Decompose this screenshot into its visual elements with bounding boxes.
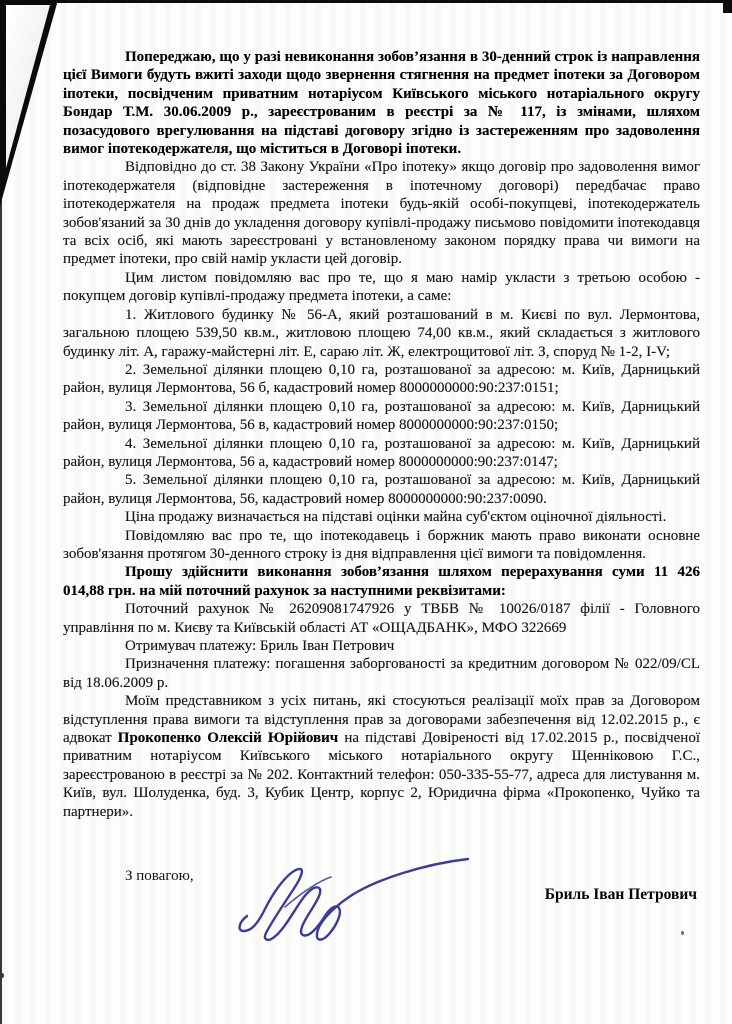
scan-edge-top [0, 0, 732, 3]
representative-name: Прокопенко Олексій Юрійович [118, 730, 338, 746]
paragraph-payment-request: Прошу здійснити виконання зобов’язання ш… [63, 563, 700, 600]
closing-salutation: З повагою, [125, 868, 194, 885]
paragraph-payee: Отримувач платежу: Бриль Іван Петрович [63, 637, 700, 655]
paragraph-price: Ціна продажу визначається на підставі оц… [63, 508, 700, 526]
signature-block: З повагою, Бриль Іван Петрович [0, 852, 732, 992]
page-fold-corner-icon [0, 0, 62, 208]
paragraph-warning: Попереджаю, що у разі невиконання зобов’… [63, 48, 700, 158]
paragraph-account-details: Поточний рахунок № 26209081747926 у ТВБВ… [63, 600, 700, 637]
document-body: Попереджаю, що у разі невиконання зобов’… [63, 48, 700, 821]
list-item-land-2: 3. Земельної ділянки площею 0,10 га, роз… [63, 398, 700, 435]
paragraph-intent: Цим листом повідомляю вас про те, що я м… [63, 269, 700, 306]
paragraph-law-reference: Відповідно до ст. 38 Закону України «Про… [63, 158, 700, 268]
scan-speck [1, 973, 4, 978]
list-item-land-1: 2. Земельної ділянки площею 0,10 га, роз… [63, 361, 700, 398]
paragraph-representative: Моїм представником з усіх питань, які ст… [63, 692, 700, 821]
paragraph-payment-purpose: Призначення платежу: погашення заборгова… [63, 655, 700, 692]
scan-speck [681, 931, 684, 935]
list-item-land-3: 4. Земельної ділянки площею 0,10 га, роз… [63, 435, 700, 472]
signer-name: Бриль Іван Петрович [545, 886, 697, 904]
scan-corner-mark [723, 0, 732, 13]
paragraph-right-to-perform: Повідомляю вас про те, що іпотекодавець … [63, 527, 700, 564]
list-item-house: 1. Житлового будинку № 56-А, який розташ… [63, 306, 700, 361]
handwritten-signature-icon [233, 852, 473, 944]
scanned-document-page: Попереджаю, що у разі невиконання зобов’… [0, 0, 732, 1024]
list-item-land-4: 5. Земельної ділянки площею 0,10 га, роз… [63, 471, 700, 508]
